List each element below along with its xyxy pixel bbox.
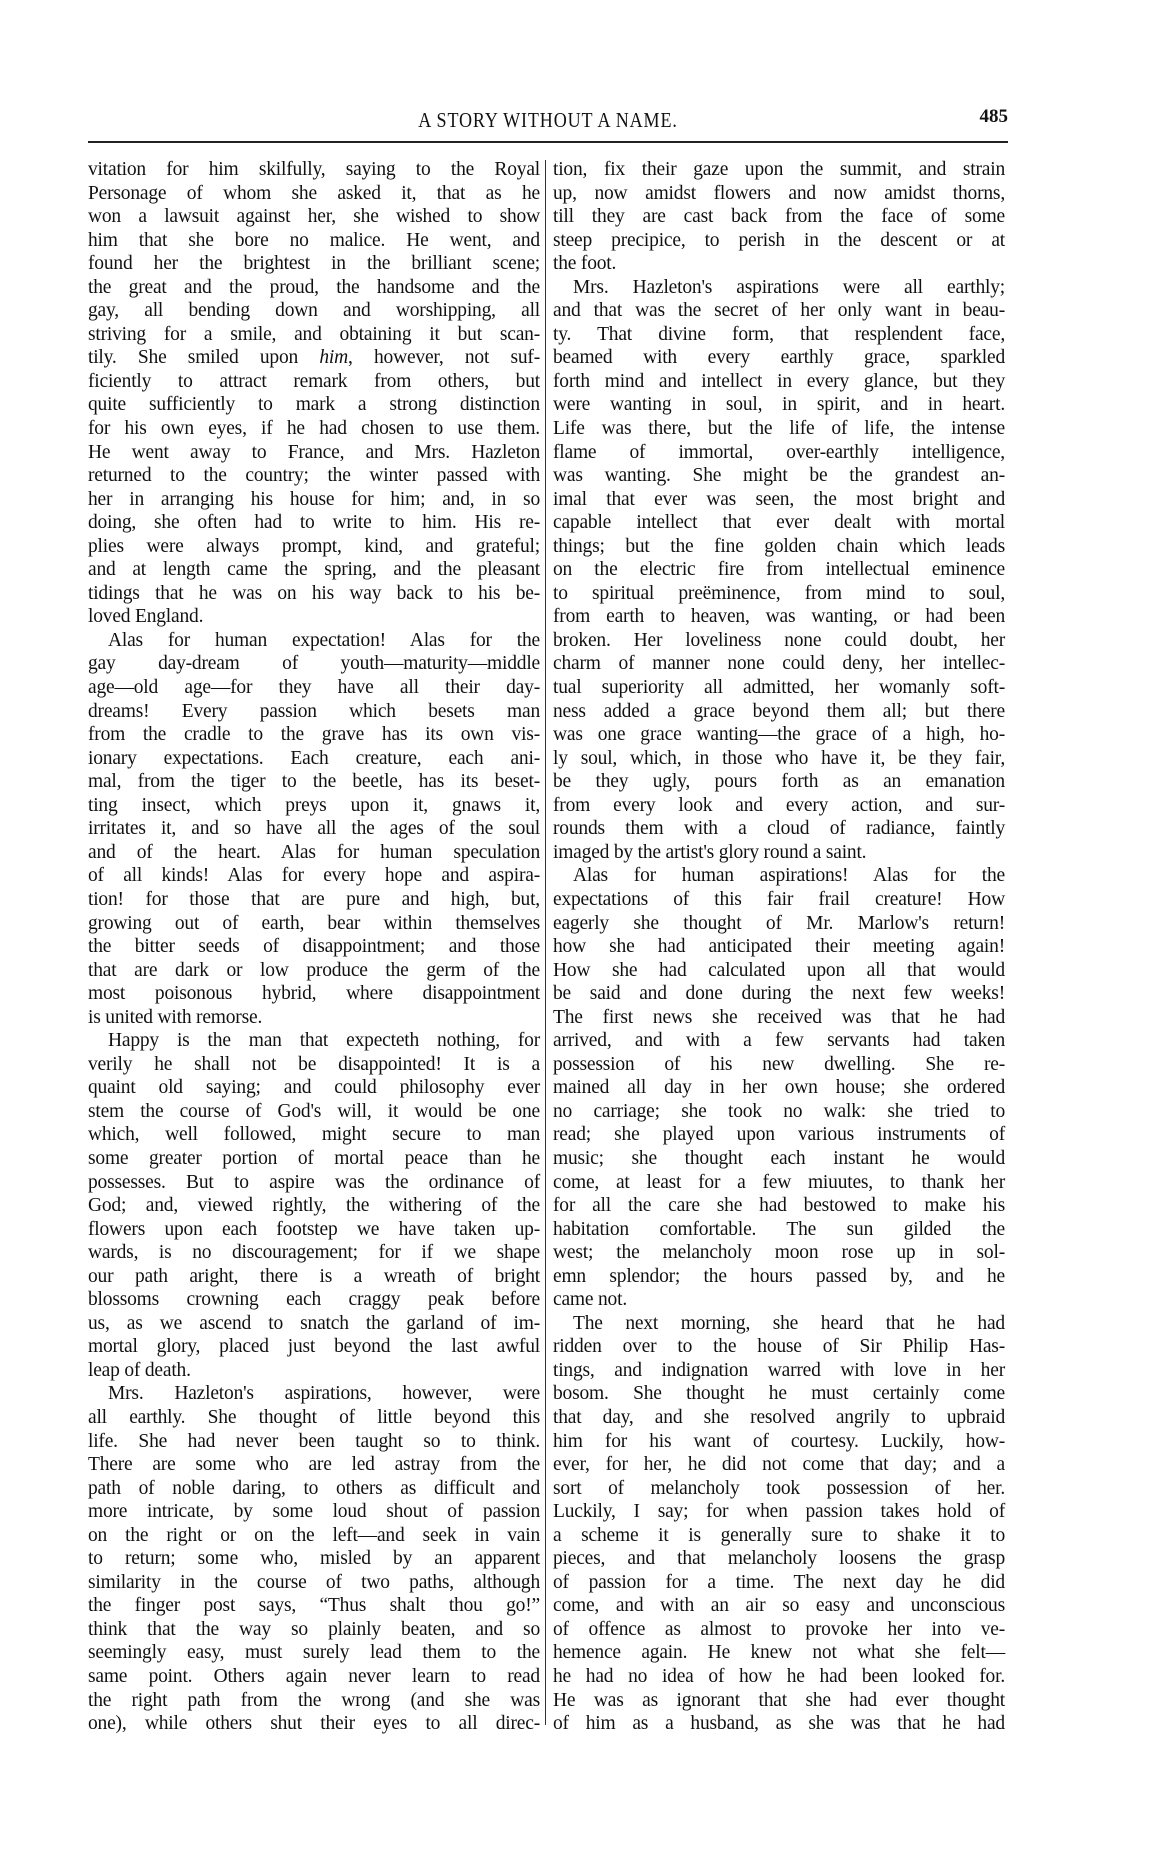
text-line: ficiently to attract remark from others,…: [88, 370, 540, 394]
text-line: on the electric fire from intellectual e…: [553, 558, 1005, 582]
text-line: dreams! Every passion which besets man: [88, 700, 540, 724]
text-line: blossoms crowning each craggy peak befor…: [88, 1288, 540, 1312]
text-line: leap of death.: [88, 1359, 540, 1383]
text-line: Life was there, but the life of life, th…: [553, 417, 1005, 441]
text-line: tion, fix their gaze upon the summit, an…: [553, 158, 1005, 182]
text-line: life. She had never been taught so to th…: [88, 1430, 540, 1454]
text-line: of all kinds! Alas for every hope and as…: [88, 864, 540, 888]
text-line: He was as ignorant that she had ever tho…: [553, 1689, 1005, 1713]
text-line: the right path from the wrong (and she w…: [88, 1689, 540, 1713]
text-line: hemence again. He knew not what she felt…: [553, 1641, 1005, 1665]
text-line: were wanting in soul, in spirit, and in …: [553, 393, 1005, 417]
text-line: ty. That divine form, that resplendent f…: [553, 323, 1005, 347]
text-line: how she had anticipated their meeting ag…: [553, 935, 1005, 959]
text-line: west; the melancholy moon rose up in sol…: [553, 1241, 1005, 1265]
text-line: to spiritual preëminence, from mind to s…: [553, 582, 1005, 606]
text-line: ness added a grace beyond them all; but …: [553, 700, 1005, 724]
text-line: flame of immortal, over-earthly intellig…: [553, 441, 1005, 465]
text-line: came not.: [553, 1288, 1005, 1312]
text-line: read; she played upon various instrument…: [553, 1123, 1005, 1147]
text-line: irritates it, and so have all the ages o…: [88, 817, 540, 841]
text-line: for his own eyes, if he had chosen to us…: [88, 417, 540, 441]
text-line: that day, and she resolved angrily to up…: [553, 1406, 1005, 1430]
text-line: forth mind and intellect in every glance…: [553, 370, 1005, 394]
text-line: come, and with an air so easy and uncons…: [553, 1594, 1005, 1618]
text-line: of passion for a time. The next day he d…: [553, 1571, 1005, 1595]
text-line: us, as we ascend to snatch the garland o…: [88, 1312, 540, 1336]
right-column: tion, fix their gaze upon the summit, an…: [553, 158, 1005, 1736]
text-line: The next morning, she heard that he had: [553, 1312, 1005, 1336]
left-column: vitation for him skilfully, saying to th…: [88, 158, 540, 1736]
text-line: all earthly. She thought of little beyon…: [88, 1406, 540, 1430]
text-line: the great and the proud, the handsome an…: [88, 276, 540, 300]
running-title: A STORY WITHOUT A NAME.: [152, 108, 943, 133]
text-line: tily. She smiled upon him, however, not …: [88, 346, 540, 370]
text-line: steep precipice, to perish in the descen…: [553, 229, 1005, 253]
text-line: verily he shall not be disappointed! It …: [88, 1053, 540, 1077]
text-line: tual superiority all admitted, her woman…: [553, 676, 1005, 700]
text-line: our path aright, there is a wreath of br…: [88, 1265, 540, 1289]
column-divider: [545, 160, 546, 1725]
text-line: and at length came the spring, and the p…: [88, 558, 540, 582]
text-line: him that she bore no malice. He went, an…: [88, 229, 540, 253]
text-line: pieces, and that melancholy loosens the …: [553, 1547, 1005, 1571]
text-line: habitation comfortable. The sun gilded t…: [553, 1218, 1005, 1242]
text-line: no carriage; she took no walk: she tried…: [553, 1100, 1005, 1124]
text-line: gay day-dream of youth—maturity—middle: [88, 652, 540, 676]
text-line: the finger post says, “Thus shalt thou g…: [88, 1594, 540, 1618]
text-line: stem the course of God's will, it would …: [88, 1100, 540, 1124]
text-line: things; but the fine golden chain which …: [553, 535, 1005, 559]
text-line: bosom. She thought he must certainly com…: [553, 1382, 1005, 1406]
text-line: he had no idea of how he had been looked…: [553, 1665, 1005, 1689]
text-line: Alas for human aspirations! Alas for the: [553, 864, 1005, 888]
text-line: Alas for human expectation! Alas for the: [88, 629, 540, 653]
text-line: charm of manner none could deny, her int…: [553, 652, 1005, 676]
text-line: arrived, and with a few servants had tak…: [553, 1029, 1005, 1053]
text-line: ly soul, which, in those who have it, be…: [553, 747, 1005, 771]
text-line: till they are cast back from the face of…: [553, 205, 1005, 229]
text-line: from earth to heaven, was wanting, or ha…: [553, 605, 1005, 629]
text-line: and of the heart. Alas for human specula…: [88, 841, 540, 865]
text-line: tion! for those that are pure and high, …: [88, 888, 540, 912]
text-line: mained all day in her own house; she ord…: [553, 1076, 1005, 1100]
text-line: of him as a husband, as she was that he …: [553, 1712, 1005, 1736]
text-line: same point. Others again never learn to …: [88, 1665, 540, 1689]
text-line: Mrs. Hazleton's aspirations were all ear…: [553, 276, 1005, 300]
text-line: come, at least for a few miuutes, to tha…: [553, 1171, 1005, 1195]
text-line: He went away to France, and Mrs. Hazleto…: [88, 441, 540, 465]
text-line: mal, from the tiger to the beetle, has i…: [88, 770, 540, 794]
page-number: 485: [980, 106, 1009, 128]
text-line: him for his want of courtesy. Luckily, h…: [553, 1430, 1005, 1454]
text-line: sort of melancholy took possession of he…: [553, 1477, 1005, 1501]
text-line: The first news she received was that he …: [553, 1006, 1005, 1030]
text-line: Personage of whom she asked it, that as …: [88, 182, 540, 206]
text-line: be they ugly, pours forth as an emanatio…: [553, 770, 1005, 794]
text-line: expectations of this fair frail creature…: [553, 888, 1005, 912]
text-line: from the cradle to the grave has its own…: [88, 723, 540, 747]
text-line: up, now amidst flowers and now amidst th…: [553, 182, 1005, 206]
text-line: growing out of earth, bear within themse…: [88, 912, 540, 936]
text-line: the foot.: [553, 252, 1005, 276]
text-line: more intricate, by some loud shout of pa…: [88, 1500, 540, 1524]
text-line: be said and done during the next few wee…: [553, 982, 1005, 1006]
text-line: which, well followed, might secure to ma…: [88, 1123, 540, 1147]
text-line: God; and, viewed rightly, the withering …: [88, 1194, 540, 1218]
text-line: ionary expectations. Each creature, each…: [88, 747, 540, 771]
text-line: the bitter seeds of disappointment; and …: [88, 935, 540, 959]
text-line: possession of his new dwelling. She re-: [553, 1053, 1005, 1077]
text-line: wards, is no discouragement; for if we s…: [88, 1241, 540, 1265]
text-line: Luckily, I say; for when passion takes h…: [553, 1500, 1005, 1524]
text-line: gay, all bending down and worshipping, a…: [88, 299, 540, 323]
text-line: There are some who are led astray from t…: [88, 1453, 540, 1477]
text-line: loved England.: [88, 605, 540, 629]
text-line: broken. Her loveliness none could doubt,…: [553, 629, 1005, 653]
text-line: seemingly easy, must surely lead them to…: [88, 1641, 540, 1665]
emphasis: him: [319, 347, 348, 368]
text-line: for all the care she had bestowed to mak…: [553, 1194, 1005, 1218]
text-line: her in arranging his house for him; and,…: [88, 488, 540, 512]
text-line: is united with remorse.: [88, 1006, 540, 1030]
running-header: A STORY WITHOUT A NAME. 485: [88, 108, 1008, 138]
text-line: striving for a smile, and obtaining it b…: [88, 323, 540, 347]
text-line: path of noble daring, to others as diffi…: [88, 1477, 540, 1501]
header-rule: [88, 141, 1008, 143]
text-line: capable intellect that ever dealt with m…: [553, 511, 1005, 535]
text-line: emn splendor; the hours passed by, and h…: [553, 1265, 1005, 1289]
text-line: on the right or on the left—and seek in …: [88, 1524, 540, 1548]
text-line: Mrs. Hazleton's aspirations, however, we…: [88, 1382, 540, 1406]
text-line: imaged by the artist's glory round a sai…: [553, 841, 1005, 865]
text-line: found her the brightest in the brilliant…: [88, 252, 540, 276]
text-line: tidings that he was on his way back to h…: [88, 582, 540, 606]
text-line: from every look and every action, and su…: [553, 794, 1005, 818]
text-line: ridden over to the house of Sir Philip H…: [553, 1335, 1005, 1359]
text-line: that are dark or low produce the germ of…: [88, 959, 540, 983]
text-line: Happy is the man that expecteth nothing,…: [88, 1029, 540, 1053]
text-line: How she had calculated upon all that wou…: [553, 959, 1005, 983]
text-line: possesses. But to aspire was the ordinan…: [88, 1171, 540, 1195]
text-line: beamed with every earthly grace, sparkle…: [553, 346, 1005, 370]
text-line: plies were always prompt, kind, and grat…: [88, 535, 540, 559]
text-line: ting insect, which preys upon it, gnaws …: [88, 794, 540, 818]
text-line: to return; some who, misled by an appare…: [88, 1547, 540, 1571]
text-line: flowers upon each footstep we have taken…: [88, 1218, 540, 1242]
text-line: eagerly she thought of Mr. Marlow's retu…: [553, 912, 1005, 936]
text-line: returned to the country; the winter pass…: [88, 464, 540, 488]
text-line: vitation for him skilfully, saying to th…: [88, 158, 540, 182]
text-line: music; she thought each instant he would: [553, 1147, 1005, 1171]
text-line: won a lawsuit against her, she wished to…: [88, 205, 540, 229]
text-line: one), while others shut their eyes to al…: [88, 1712, 540, 1736]
text-line: tings, and indignation warred with love …: [553, 1359, 1005, 1383]
text-line: similarity in the course of two paths, a…: [88, 1571, 540, 1595]
text-line: of offence as almost to provoke her into…: [553, 1618, 1005, 1642]
text-line: most poisonous hybrid, where disappointm…: [88, 982, 540, 1006]
text-line: think that the way so plainly beaten, an…: [88, 1618, 540, 1642]
text-line: quite sufficiently to mark a strong dist…: [88, 393, 540, 417]
text-line: rounds them with a cloud of radiance, fa…: [553, 817, 1005, 841]
text-line: was wanting. She might be the grandest a…: [553, 464, 1005, 488]
text-line: age—old age—for they have all their day-: [88, 676, 540, 700]
text-line: a scheme it is generally sure to shake i…: [553, 1524, 1005, 1548]
text-line: imal that ever was seen, the most bright…: [553, 488, 1005, 512]
text-line: ever, for her, he did not come that day;…: [553, 1453, 1005, 1477]
text-line: quaint old saying; and could philosophy …: [88, 1076, 540, 1100]
text-line: and that was the secret of her only want…: [553, 299, 1005, 323]
text-line: was one grace wanting—the grace of a hig…: [553, 723, 1005, 747]
text-line: mortal glory, placed just beyond the las…: [88, 1335, 540, 1359]
text-line: some greater portion of mortal peace tha…: [88, 1147, 540, 1171]
text-line: doing, she often had to write to him. Hi…: [88, 511, 540, 535]
